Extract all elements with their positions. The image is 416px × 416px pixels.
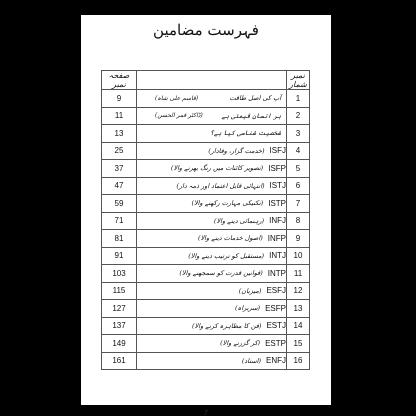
row-title-cell: ENFJ(استاد) bbox=[137, 352, 287, 370]
table-header-row: صفحہ نمبر نمبر شمار bbox=[102, 71, 310, 90]
row-page-number: 37 bbox=[102, 160, 137, 178]
table-row: 25ISFJ(خدمت گزار، وفادار)4 bbox=[102, 142, 310, 160]
row-title-cell: INTP(قوانین قدرت کو سمجھنے والا) bbox=[137, 265, 287, 283]
row-page-number: 11 bbox=[102, 107, 137, 125]
row-type-code: ISTJ bbox=[270, 181, 286, 190]
row-title: (سربراہ) bbox=[235, 304, 260, 312]
row-title-cell: ISTJ(انتہائی قابل اعتماد اور ذمہ دار) bbox=[137, 177, 287, 195]
row-title-cell: ESFJ(میزبان) bbox=[137, 282, 287, 300]
row-type-code: INTJ bbox=[269, 251, 286, 260]
row-title: (قوانین قدرت کو سمجھنے والا) bbox=[179, 269, 262, 277]
row-serial-number: 1 bbox=[287, 90, 310, 108]
row-type-code: ESFJ bbox=[266, 286, 286, 295]
row-type-code: INTP bbox=[268, 269, 286, 278]
row-title-group: ISFP(تصویر کائنات میں رنگ بھرنے والا) bbox=[171, 164, 286, 173]
table-row: 59ISTP(تکنیکی مہارت رکھنے والا)7 bbox=[102, 195, 310, 213]
table-of-contents: صفحہ نمبر نمبر شمار 9آپ کی اصل طاقت(قاسم… bbox=[101, 70, 310, 370]
row-title-group: ESFJ(میزبان) bbox=[239, 286, 286, 295]
table-row: 9آپ کی اصل طاقت(قاسم علی شاہ)1 bbox=[102, 90, 310, 108]
row-title-cell: شخصیت شناسی کیا ہے؟ bbox=[137, 125, 287, 143]
row-title: (خدمت گزار، وفادار) bbox=[208, 147, 264, 155]
header-page-number: صفحہ نمبر bbox=[102, 71, 137, 90]
row-serial-number: 9 bbox=[287, 230, 310, 248]
row-type-code: INFP bbox=[268, 234, 286, 243]
row-title-group: ISTP(تکنیکی مہارت رکھنے والا) bbox=[191, 199, 286, 208]
row-serial-number: 16 bbox=[287, 352, 310, 370]
row-title-cell: ISFJ(خدمت گزار، وفادار) bbox=[137, 142, 287, 160]
table-row: 161ENFJ(استاد)16 bbox=[102, 352, 310, 370]
row-title-group: ENFJ(استاد) bbox=[242, 356, 286, 365]
row-type-code: ISFP bbox=[268, 164, 286, 173]
row-title-group: ISTJ(انتہائی قابل اعتماد اور ذمہ دار) bbox=[176, 181, 286, 190]
row-serial-number: 8 bbox=[287, 212, 310, 230]
row-title: (مستقبل کو ترتیب دینے والا) bbox=[188, 252, 264, 260]
row-title: (رہنمائی دینے والا) bbox=[214, 217, 264, 225]
row-type-code: ENFJ bbox=[266, 356, 286, 365]
row-page-number: 103 bbox=[102, 265, 137, 283]
row-serial-number: 11 bbox=[287, 265, 310, 283]
row-page-number: 137 bbox=[102, 317, 137, 335]
row-serial-number: 7 bbox=[287, 195, 310, 213]
header-title bbox=[137, 71, 287, 90]
row-type-code: ISTP bbox=[268, 199, 286, 208]
row-serial-number: 15 bbox=[287, 335, 310, 353]
row-serial-number: 2 bbox=[287, 107, 310, 125]
row-title-cell: INFP(اصول خدمات دینے والا) bbox=[137, 230, 287, 248]
row-page-number: 149 bbox=[102, 335, 137, 353]
table-row: 127ESFP(سربراہ)13 bbox=[102, 300, 310, 318]
table-row: 115ESFJ(میزبان)12 bbox=[102, 282, 310, 300]
row-title-cell: آپ کی اصل طاقت(قاسم علی شاہ) bbox=[137, 90, 287, 108]
row-type-code: ESTJ bbox=[266, 321, 286, 330]
row-title-group: INTP(قوانین قدرت کو سمجھنے والا) bbox=[179, 269, 286, 278]
row-page-number: 71 bbox=[102, 212, 137, 230]
row-title-cell: ESTJ(فن کا مظاہرہ کرنے والا) bbox=[137, 317, 287, 335]
row-title: (تکنیکی مہارت رکھنے والا) bbox=[191, 199, 263, 207]
row-title-group: INFP(اصول خدمات دینے والا) bbox=[198, 234, 286, 243]
row-page-number: 91 bbox=[102, 247, 137, 265]
table-row: 47ISTJ(انتہائی قابل اعتماد اور ذمہ دار)6 bbox=[102, 177, 310, 195]
row-page-number: 47 bbox=[102, 177, 137, 195]
row-serial-number: 13 bbox=[287, 300, 310, 318]
row-type-code: ISFJ bbox=[270, 146, 286, 155]
header-serial-number: نمبر شمار bbox=[287, 71, 310, 90]
row-title: (کر گزرنے والا) bbox=[220, 339, 260, 347]
row-title: (تصویر کائنات میں رنگ بھرنے والا) bbox=[171, 164, 263, 172]
table-row: 13شخصیت شناسی کیا ہے؟3 bbox=[102, 125, 310, 143]
row-serial-number: 10 bbox=[287, 247, 310, 265]
row-page-number: 59 bbox=[102, 195, 137, 213]
row-title-group: شخصیت شناسی کیا ہے؟ bbox=[210, 129, 286, 137]
row-type-code: ESFP bbox=[265, 304, 286, 313]
row-type-code: INFJ bbox=[269, 216, 286, 225]
row-title-group: ہر انسان قیمتی ہے bbox=[221, 112, 286, 120]
row-title-group: INFJ(رہنمائی دینے والا) bbox=[214, 216, 286, 225]
row-title-group: ESFP(سربراہ) bbox=[235, 304, 286, 313]
row-serial-number: 12 bbox=[287, 282, 310, 300]
page-number: 7 bbox=[81, 410, 331, 416]
row-page-number: 25 bbox=[102, 142, 137, 160]
table-row: 103INTP(قوانین قدرت کو سمجھنے والا)11 bbox=[102, 265, 310, 283]
table-row: 37ISFP(تصویر کائنات میں رنگ بھرنے والا)5 bbox=[102, 160, 310, 178]
row-page-number: 81 bbox=[102, 230, 137, 248]
row-page-number: 13 bbox=[102, 125, 137, 143]
table-row: 11ہر انسان قیمتی ہے(ڈاکٹر قمر الحسن)2 bbox=[102, 107, 310, 125]
table-row: 137ESTJ(فن کا مظاہرہ کرنے والا)14 bbox=[102, 317, 310, 335]
row-page-number: 127 bbox=[102, 300, 137, 318]
row-title-cell: ESFP(سربراہ) bbox=[137, 300, 287, 318]
row-page-number: 161 bbox=[102, 352, 137, 370]
row-serial-number: 14 bbox=[287, 317, 310, 335]
row-serial-number: 3 bbox=[287, 125, 310, 143]
table-row: 71INFJ(رہنمائی دینے والا)8 bbox=[102, 212, 310, 230]
document-page: فہرست مضامین صفحہ نمبر نمبر شمار 9آپ کی … bbox=[81, 15, 331, 405]
row-serial-number: 6 bbox=[287, 177, 310, 195]
row-title-group: INTJ(مستقبل کو ترتیب دینے والا) bbox=[188, 251, 286, 260]
row-author: (قاسم علی شاہ) bbox=[155, 95, 198, 102]
row-title: (فن کا مظاہرہ کرنے والا) bbox=[192, 322, 261, 330]
row-title: ہر انسان قیمتی ہے bbox=[221, 112, 281, 120]
row-title-cell: ISFP(تصویر کائنات میں رنگ بھرنے والا) bbox=[137, 160, 287, 178]
table-row: 81INFP(اصول خدمات دینے والا)9 bbox=[102, 230, 310, 248]
table-row: 91INTJ(مستقبل کو ترتیب دینے والا)10 bbox=[102, 247, 310, 265]
row-title-group: ISFJ(خدمت گزار، وفادار) bbox=[208, 146, 286, 155]
row-title-group: آپ کی اصل طاقت bbox=[229, 94, 286, 102]
table-row: 149ESTP(کر گزرنے والا)15 bbox=[102, 335, 310, 353]
row-title: شخصیت شناسی کیا ہے؟ bbox=[210, 129, 281, 137]
row-title-cell: ESTP(کر گزرنے والا) bbox=[137, 335, 287, 353]
row-title-group: ESTJ(فن کا مظاہرہ کرنے والا) bbox=[192, 321, 286, 330]
page-title: فہرست مضامین bbox=[81, 21, 331, 39]
row-title-cell: ISTP(تکنیکی مہارت رکھنے والا) bbox=[137, 195, 287, 213]
row-title-cell: INFJ(رہنمائی دینے والا) bbox=[137, 212, 287, 230]
row-type-code: ESTP bbox=[265, 339, 286, 348]
row-page-number: 9 bbox=[102, 90, 137, 108]
row-title-cell: INTJ(مستقبل کو ترتیب دینے والا) bbox=[137, 247, 287, 265]
row-title-group: ESTP(کر گزرنے والا) bbox=[220, 339, 286, 348]
row-title: (استاد) bbox=[242, 357, 261, 365]
row-title-cell: ہر انسان قیمتی ہے(ڈاکٹر قمر الحسن) bbox=[137, 107, 287, 125]
row-serial-number: 5 bbox=[287, 160, 310, 178]
row-author: (ڈاکٹر قمر الحسن) bbox=[155, 112, 203, 119]
row-title: (اصول خدمات دینے والا) bbox=[198, 234, 263, 242]
row-serial-number: 4 bbox=[287, 142, 310, 160]
row-title: (میزبان) bbox=[239, 287, 262, 295]
row-title: (انتہائی قابل اعتماد اور ذمہ دار) bbox=[176, 182, 264, 190]
row-page-number: 115 bbox=[102, 282, 137, 300]
row-title: آپ کی اصل طاقت bbox=[229, 94, 281, 102]
